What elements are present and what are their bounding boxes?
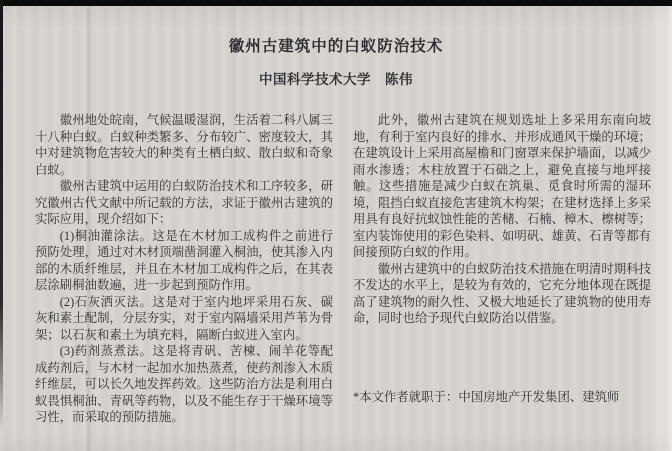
- right-column: 此外，徽州古建筑在规划选址上多采用东南向坡地，有利于室内良好的排水、并形成通风干…: [353, 112, 651, 426]
- paragraph-method-2: (2)石灰洒灭法。这是对于室内地坪采用石灰、碳灰和素土配制，分层夯实，对于室内隔…: [35, 294, 333, 344]
- scanned-document-page: 徽州古建筑中的白蚁防治技术 中国科学技术大学陈伟 徽州地处皖南，气候温暖湿润，生…: [0, 0, 672, 451]
- byline: 中国科学技术大学陈伟: [0, 68, 672, 88]
- scan-left-edge: [0, 0, 3, 432]
- paragraph-method-3: (3)药剂蒸煮法。这是将青矾、苦楝、闹羊花等配成药剂后，与木材一起加水加热蒸煮，…: [35, 343, 333, 426]
- page-title: 徽州古建筑中的白蚁防治技术: [0, 34, 672, 56]
- affiliation: 中国科学技术大学: [259, 72, 371, 87]
- paragraph-conclusion: 徽州古建筑中的白蚁防治技术措施在明清时期科技不发达的水平上，是较为有效的，它充分…: [353, 261, 651, 327]
- author-name: 陈伟: [385, 72, 413, 87]
- scan-top-edge: [0, 0, 672, 6]
- two-column-body: 徽州地处皖南，气候温暖湿润，生活着二科八属三十八种白蚁。白蚁种类繁多、分布较广、…: [35, 112, 651, 426]
- left-column: 徽州地处皖南，气候温暖湿润，生活着二科八属三十八种白蚁。白蚁种类繁多、分布较广、…: [35, 112, 333, 426]
- footnote: *本文作者就职于：中国房地产开发集团、建筑师: [353, 389, 651, 406]
- paragraph-intro: 徽州地处皖南，气候温暖湿润，生活着二科八属三十八种白蚁。白蚁种类繁多、分布较广、…: [35, 112, 333, 178]
- paragraph-method-1: (1)桐油灌涂法。这是在木材加工成构件之前进行预防处理，通过对木材顶端凿洞灌入桐…: [35, 228, 333, 294]
- paragraph-overview: 徽州古建筑中运用的白蚁防治技术和工序较多，研究徽州古代文献中所记载的方法，求证于…: [35, 178, 333, 228]
- paragraph-siting-design: 此外，徽州古建筑在规划选址上多采用东南向坡地，有利于室内良好的排水、并形成通风干…: [353, 112, 651, 261]
